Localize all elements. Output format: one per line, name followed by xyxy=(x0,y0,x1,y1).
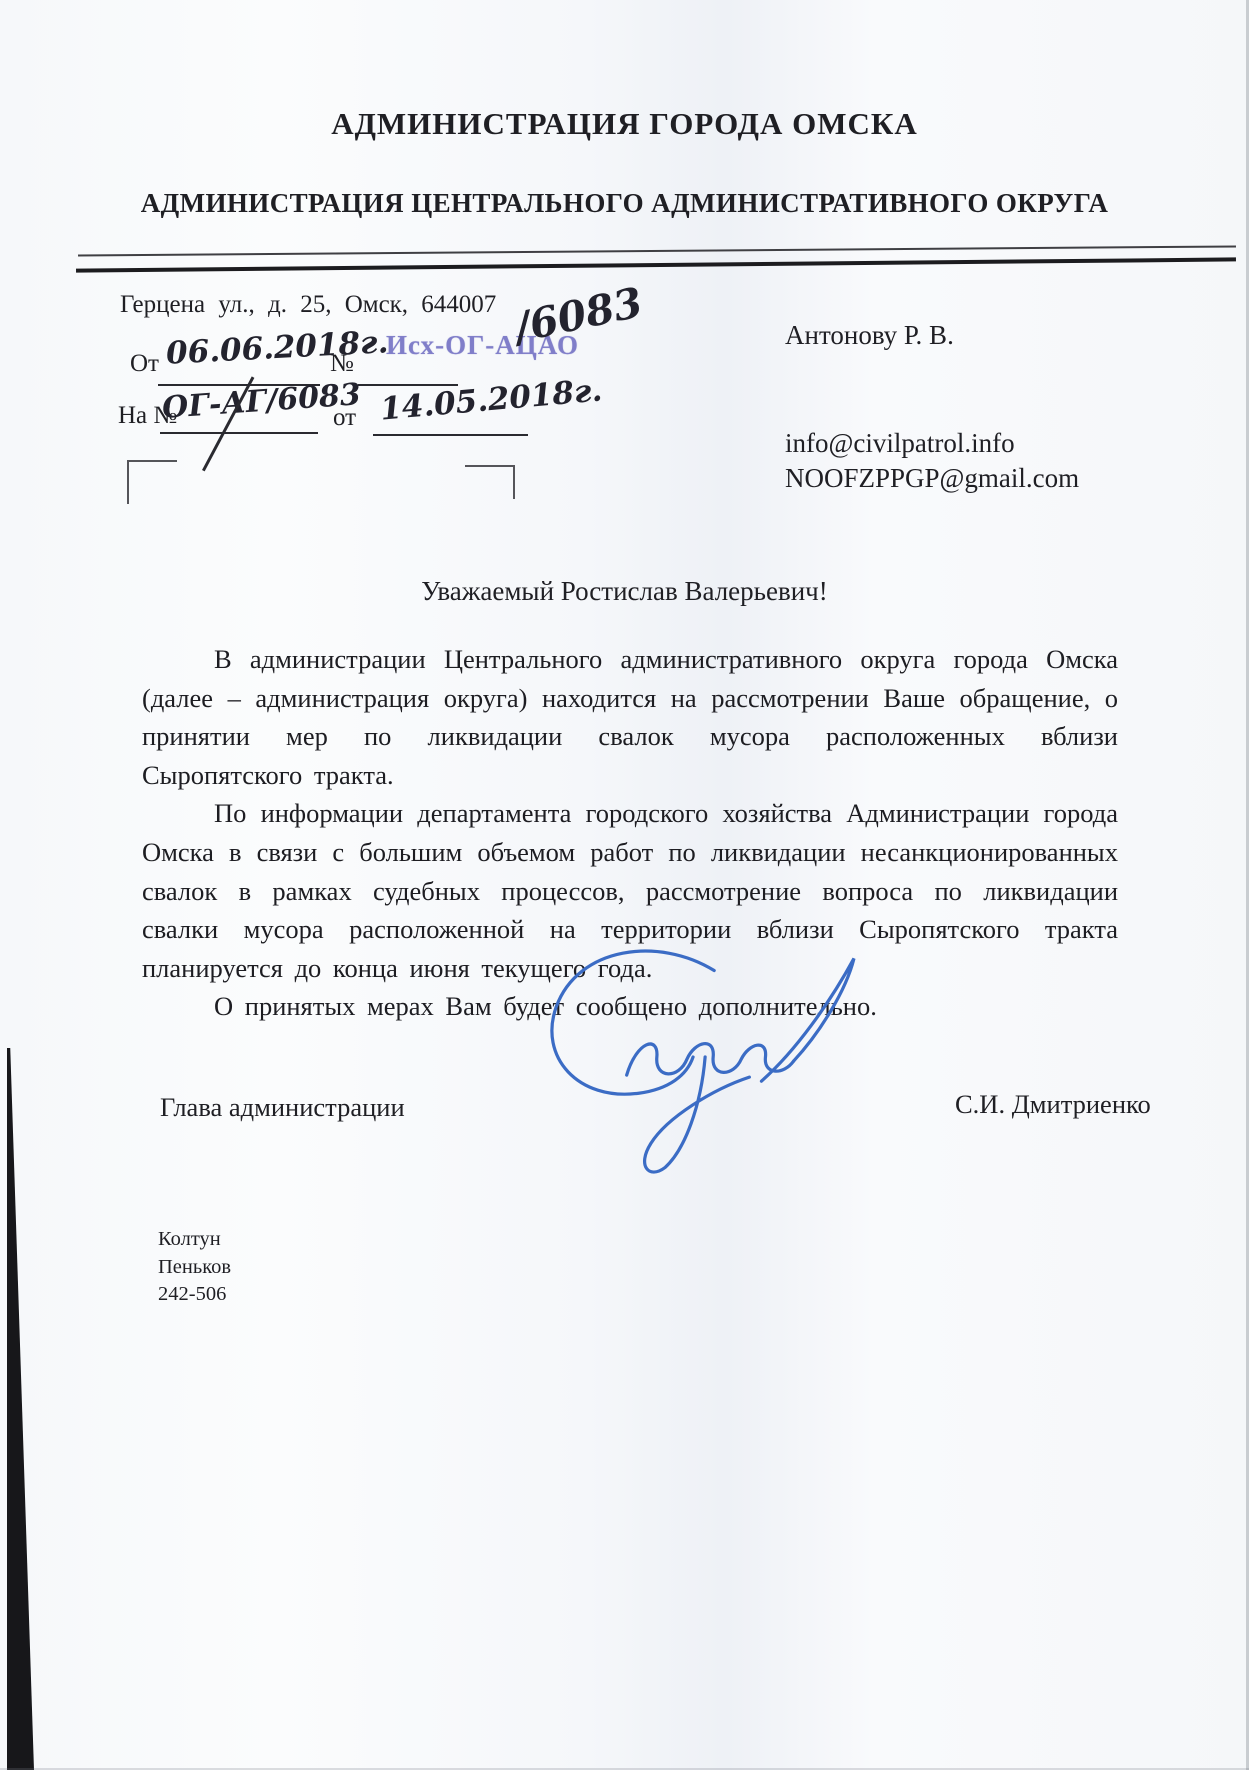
letterhead-rule-thick xyxy=(76,257,1236,272)
body-paragraph-1: В администрации Центрального администрат… xyxy=(142,640,1118,794)
address-corner-mark-left xyxy=(127,460,177,504)
address-corner-mark-right xyxy=(465,465,515,499)
from-label: От xyxy=(130,350,159,378)
from-date-handwritten: 06.06.2018г. xyxy=(165,324,389,372)
letterhead-rule-thin xyxy=(78,245,1236,256)
letterhead-subtitle: АДМИНИСТРАЦИЯ ЦЕНТРАЛЬНОГО АДМИНИСТРАТИВ… xyxy=(0,188,1249,219)
scan-artifact-left-wedge xyxy=(7,1048,34,1770)
sender-address: Герцена ул., д. 25, Омск, 644007 xyxy=(120,291,496,319)
signature-loop xyxy=(552,951,714,1094)
executor-block: Колтун Пеньков 242-506 xyxy=(158,1226,231,1309)
recipient-email-2: NOOFZPPGP@gmail.com xyxy=(785,463,1079,494)
signature-ink xyxy=(508,928,860,1180)
reply-date-label: от xyxy=(333,404,356,432)
signer-title: Глава администрации xyxy=(160,1092,405,1123)
recipient-email-1: info@civilpatrol.info xyxy=(785,428,1015,459)
signer-name: С.И. Дмитриенко xyxy=(955,1089,1151,1120)
outgoing-number-label: № xyxy=(330,350,354,378)
letterhead-title: АДМИНИСТРАЦИЯ ГОРОДА ОМСКА xyxy=(0,106,1249,142)
signature-descender xyxy=(645,1057,750,1172)
executor-name-2: Пеньков xyxy=(158,1254,231,1282)
signature-scribble xyxy=(627,1044,794,1076)
executor-name-1: Колтун xyxy=(158,1226,231,1254)
recipient-name: Антонову Р. В. xyxy=(785,320,954,351)
executor-phone: 242-506 xyxy=(158,1281,231,1309)
signature-tail xyxy=(761,958,854,1081)
salutation: Уважаемый Ростислав Валерьевич! xyxy=(0,576,1249,607)
scanned-letter-page: АДМИНИСТРАЦИЯ ГОРОДА ОМСКА АДМИНИСТРАЦИЯ… xyxy=(0,0,1249,1770)
